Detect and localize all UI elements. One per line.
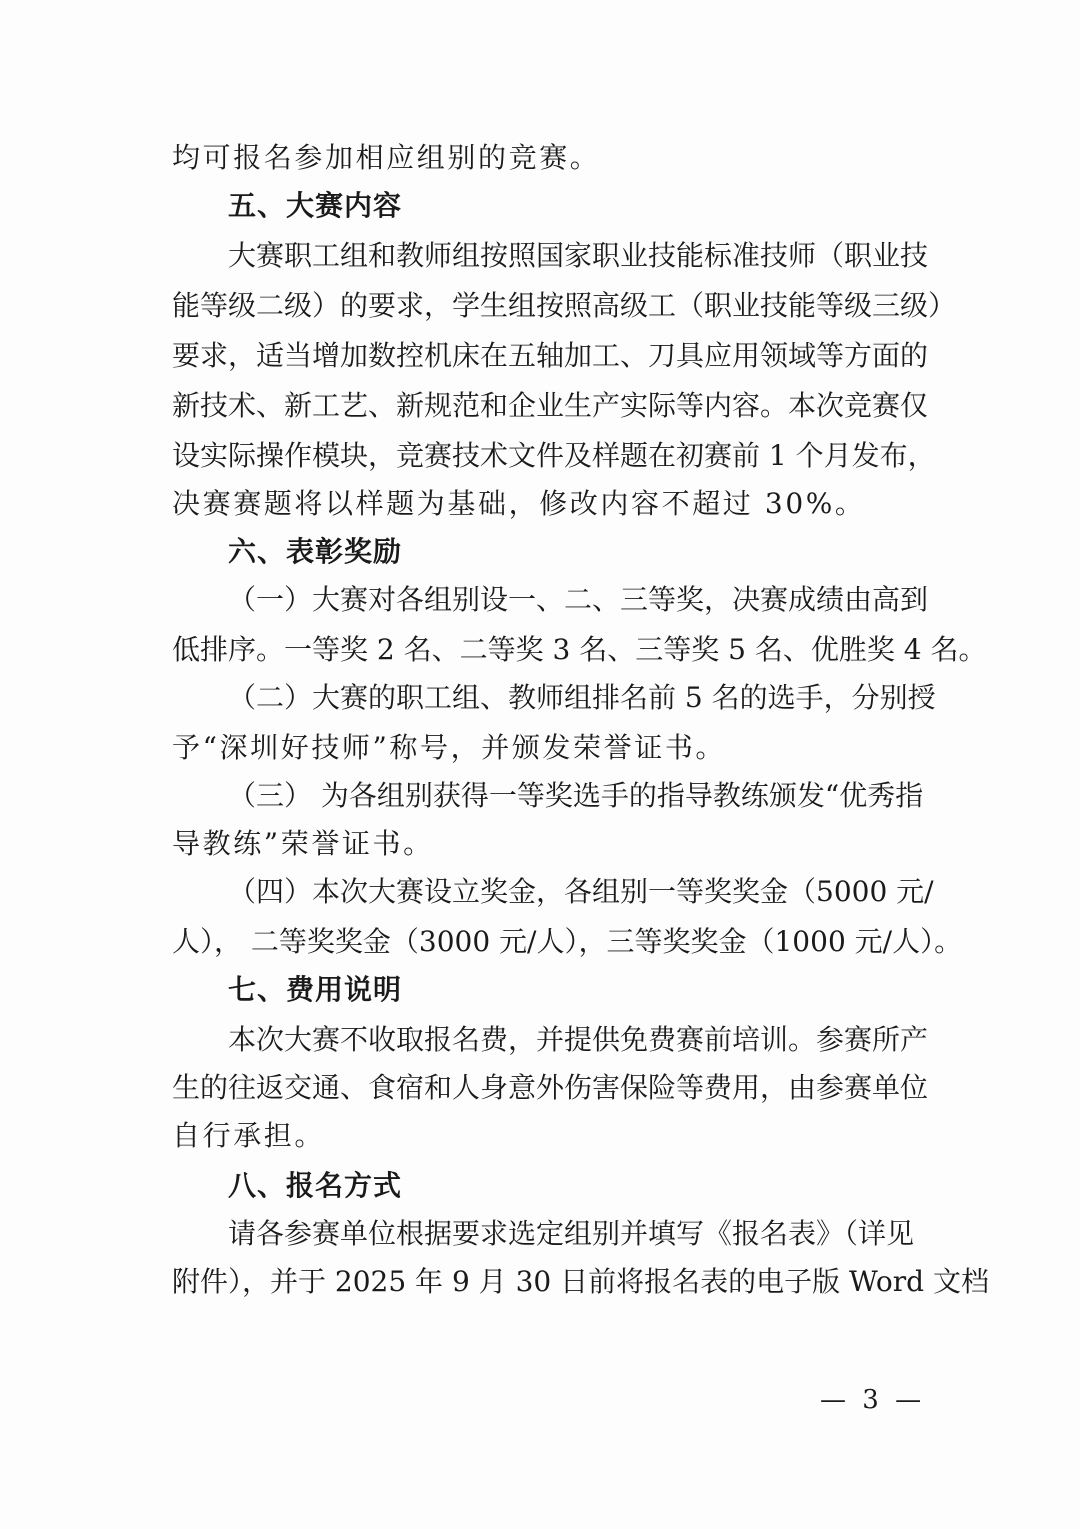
section-heading: 七、费用说明 — [228, 970, 912, 1010]
paragraph-line: （三） 为各组别获得一等奖选手的指导教练颁发“优秀指 — [228, 776, 912, 816]
paragraph-line: 低排序。一等奖 2 名、二等奖 3 名、三等奖 5 名、优胜奖 4 名。 — [172, 630, 912, 670]
paragraph-line: （四）本次大赛设立奖金，各组别一等奖奖金（5000 元/ — [228, 872, 912, 912]
paragraph-line: 本次大赛不收取报名费，并提供免费赛前培训。参赛所产 — [228, 1020, 912, 1060]
paragraph-line: 决赛赛题将以样题为基础，修改内容不超过 30%。 — [172, 484, 912, 524]
paragraph-line: 均可报名参加相应组别的竞赛。 — [172, 138, 912, 178]
paragraph-line: 大赛职工组和教师组按照国家职业技能标准技师（职业技 — [228, 236, 912, 276]
paragraph-line: 导教练”荣誉证书。 — [172, 824, 912, 864]
page-number: — 3 — — [820, 1385, 925, 1415]
paragraph-line: 自行承担。 — [172, 1116, 912, 1156]
paragraph-line: 设实际操作模块，竞赛技术文件及样题在初赛前 1 个月发布， — [172, 436, 912, 476]
paragraph-line: 请各参赛单位根据要求选定组别并填写《报名表》（详见 — [228, 1214, 912, 1254]
section-heading: 八、报名方式 — [228, 1166, 912, 1206]
paragraph-line: 予“深圳好技师”称号，并颁发荣誉证书。 — [172, 728, 912, 768]
paragraph-line: （二）大赛的职工组、教师组排名前 5 名的选手，分别授 — [228, 678, 912, 718]
document-page: 均可报名参加相应组别的竞赛。五、大赛内容大赛职工组和教师组按照国家职业技能标准技… — [0, 0, 1080, 1529]
paragraph-line: 人）， 二等奖奖金（3000 元/人），三等奖奖金（1000 元/人）。 — [172, 922, 912, 962]
section-heading: 五、大赛内容 — [228, 186, 912, 226]
paragraph-line: 要求，适当增加数控机床在五轴加工、刀具应用领域等方面的 — [172, 336, 912, 376]
section-heading: 六、表彰奖励 — [228, 532, 912, 572]
paragraph-line: 生的往返交通、食宿和人身意外伤害保险等费用，由参赛单位 — [172, 1068, 912, 1108]
paragraph-line: （一）大赛对各组别设一、二、三等奖，决赛成绩由高到 — [228, 580, 912, 620]
paragraph-line: 附件），并于 2025 年 9 月 30 日前将报名表的电子版 Word 文档 — [172, 1262, 912, 1302]
paragraph-line: 新技术、新工艺、新规范和企业生产实际等内容。本次竞赛仅 — [172, 386, 912, 426]
paragraph-line: 能等级二级）的要求，学生组按照高级工（职业技能等级三级） — [172, 286, 912, 326]
